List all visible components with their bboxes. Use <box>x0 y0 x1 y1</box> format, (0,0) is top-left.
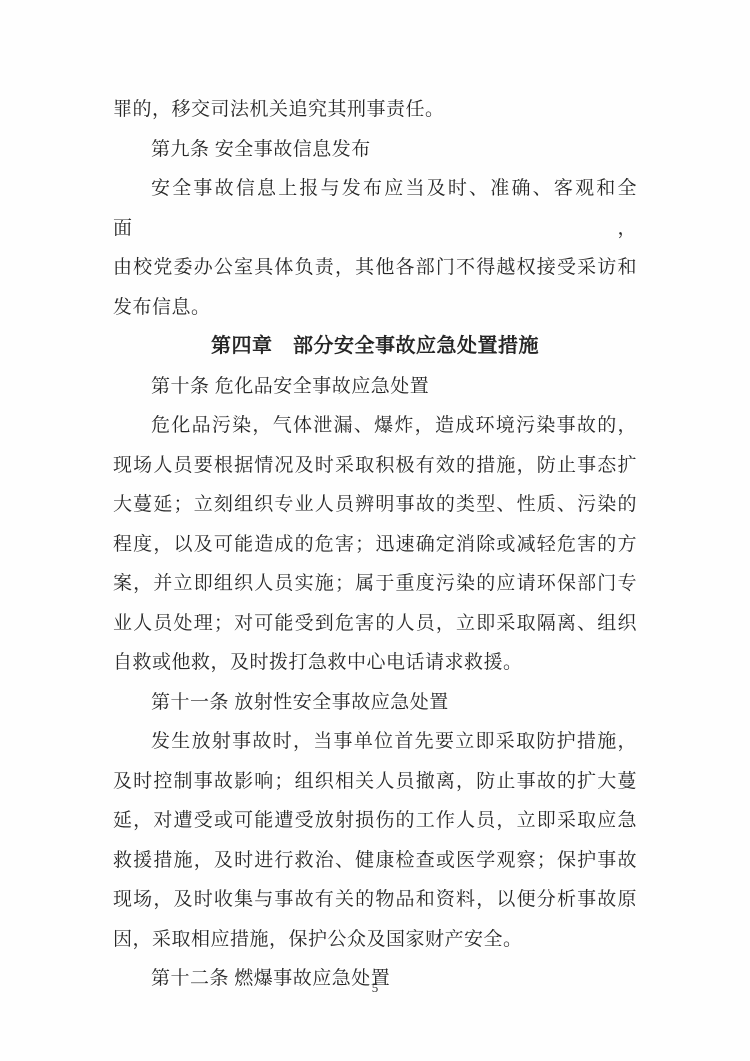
article-9-heading: 第九条 安全事故信息发布 <box>113 130 637 170</box>
body-line: 危化品污染，气体泄漏、爆炸，造成环境污染事故的， <box>113 406 637 446</box>
document-page: 罪的，移交司法机关追究其刑事责任。 第九条 安全事故信息发布 安全事故信息上报与… <box>0 0 750 1061</box>
body-line: 罪的，移交司法机关追究其刑事责任。 <box>113 90 637 130</box>
body-line: 延，对遭受或可能遭受放射损伤的工作人员，立即采取应急 <box>113 801 637 841</box>
body-line: 安全事故信息上报与发布应当及时、准确、客观和全面， <box>113 169 637 248</box>
body-line: 现场人员要根据情况及时采取积极有效的措施，防止事态扩 <box>113 446 637 486</box>
page-number: 5 <box>0 980 750 996</box>
body-line: 及时控制事故影响；组织相关人员撤离，防止事故的扩大蔓 <box>113 762 637 802</box>
body-line: 自救或他救，及时拨打急救中心电话请求救援。 <box>113 643 637 683</box>
body-line: 由校党委办公室具体负责，其他各部门不得越权接受采访和 <box>113 248 637 288</box>
body-line: 因，采取相应措施，保护公众及国家财产安全。 <box>113 920 637 960</box>
body-line: 现场，及时收集与事故有关的物品和资料，以便分析事故原 <box>113 880 637 920</box>
document-body: 罪的，移交司法机关追究其刑事责任。 第九条 安全事故信息发布 安全事故信息上报与… <box>113 90 637 999</box>
chapter-4-heading: 第四章 部分安全事故应急处置措施 <box>113 327 637 367</box>
article-10-heading: 第十条 危化品安全事故应急处置 <box>113 367 637 407</box>
body-line: 业人员处理；对可能受到危害的人员，立即采取隔离、组织 <box>113 604 637 644</box>
body-line: 发生放射事故时，当事单位首先要立即采取防护措施， <box>113 722 637 762</box>
body-line: 程度，以及可能造成的危害；迅速确定消除或减轻危害的方 <box>113 525 637 565</box>
body-line: 救援措施，及时进行救治、健康检查或医学观察；保护事故 <box>113 841 637 881</box>
body-line: 大蔓延；立刻组织专业人员辨明事故的类型、性质、污染的 <box>113 485 637 525</box>
body-line: 案，并立即组织人员实施；属于重度污染的应请环保部门专 <box>113 564 637 604</box>
article-11-heading: 第十一条 放射性安全事故应急处置 <box>113 683 637 723</box>
body-line: 发布信息。 <box>113 288 637 328</box>
